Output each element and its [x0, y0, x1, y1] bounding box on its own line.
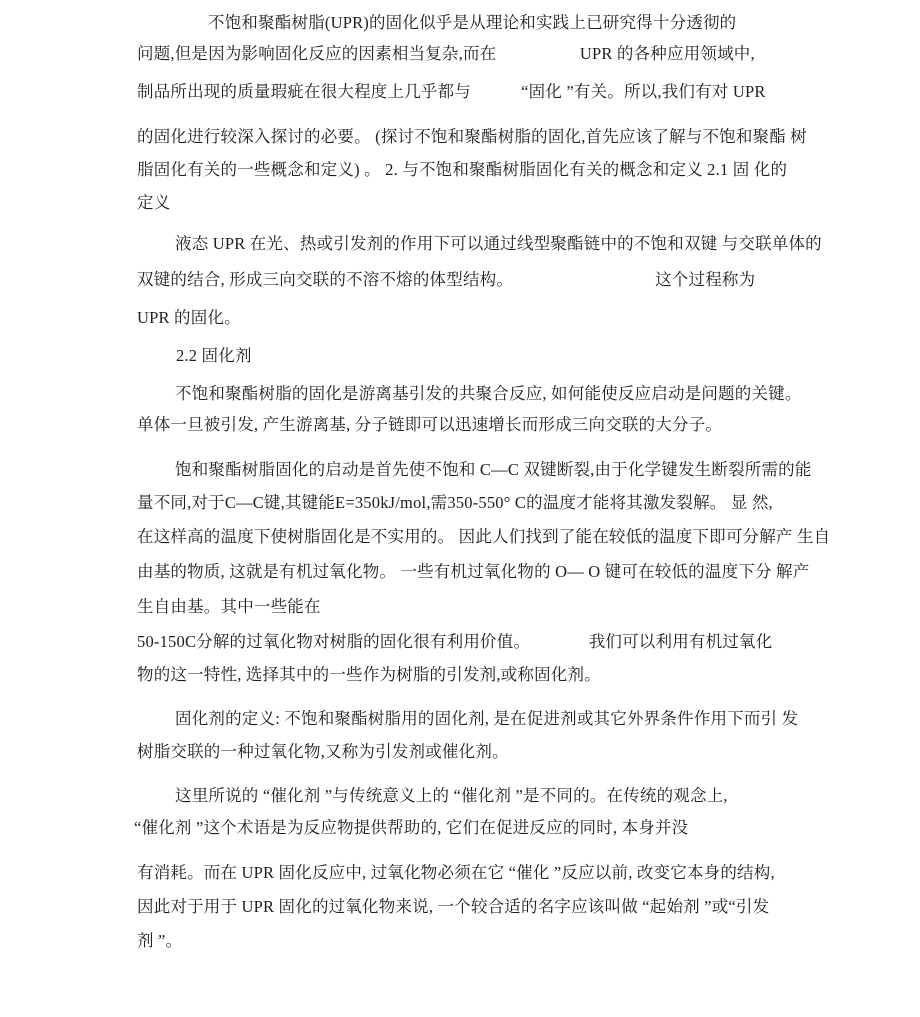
- text-line: 剂 ”。: [137, 930, 182, 951]
- text-line: 生自由基。其中一些能在: [137, 596, 321, 617]
- text-line: 树脂交联的一种过氧化物,又称为引发剂或催化剂。: [137, 741, 509, 762]
- text-line: 双键的结合, 形成三向交联的不溶不熔的体型结构。 这个过程称为: [137, 269, 755, 290]
- text-line: 固化剂的定义: 不饱和聚酯树脂用的固化剂, 是在促进剂或其它外界条件作用下而引 …: [175, 708, 798, 729]
- text-line: 在这样高的温度下使树脂固化是不实用的。 因此人们找到了能在较低的温度下即可分解产…: [137, 526, 830, 547]
- text-line: 不饱和聚酯树脂的固化是游离基引发的共聚合反应, 如何能使反应启动是问题的关键。: [175, 383, 802, 404]
- text-line: 不饱和聚酯树脂(UPR)的固化似乎是从理论和实践上已研究得十分透彻的: [208, 12, 736, 33]
- text-line: 50-150C分解的过氧化物对树脂的固化很有利用价值。 我们可以利用有机过氧化: [137, 631, 772, 652]
- text-line: 定义: [137, 192, 170, 213]
- text-line: 的固化进行较深入探讨的必要。 (探讨不饱和聚酯树脂的固化,首先应该了解与不饱和聚…: [137, 126, 807, 147]
- text-line: 因此对于用于 UPR 固化的过氧化物来说, 一个较合适的名字应该叫做 “起始剂 …: [137, 896, 769, 917]
- text-line: 由基的物质, 这就是有机过氧化物。 一些有机过氧化物的 O— O 键可在较低的温…: [137, 561, 809, 582]
- text-line: 量不同,对于C—C键,其键能E=350kJ/mol,需350-550° C的温度…: [137, 492, 773, 513]
- text-line: 物的这一特性, 选择其中的一些作为树脂的引发剂,或称固化剂。: [137, 664, 601, 685]
- text-line: 这里所说的 “催化剂 ”与传统意义上的 “催化剂 ”是不同的。在传统的观念上,: [175, 785, 728, 806]
- text-line: 单体一旦被引发, 产生游离基, 分子链即可以迅速增长而形成三向交联的大分子。: [137, 414, 722, 435]
- text-line: 问题,但是因为影响固化反应的因素相当复杂,而在 UPR 的各种应用领域中,: [137, 43, 755, 64]
- text-line: 饱和聚酯树脂固化的启动是首先使不饱和 C—C 双键断裂,由于化学键发生断裂所需的…: [175, 459, 812, 480]
- text-line: “催化剂 ”这个术语是为反应物提供帮助的, 它们在促进反应的同时, 本身并没: [134, 817, 688, 838]
- text-line: UPR 的固化。: [137, 307, 241, 328]
- text-line: 2.2 固化剂: [176, 345, 252, 366]
- text-line: 脂固化有关的一些概念和定义) 。 2. 与不饱和聚酯树脂固化有关的概念和定义 2…: [137, 159, 787, 180]
- document-page: 不饱和聚酯树脂(UPR)的固化似乎是从理论和实践上已研究得十分透彻的问题,但是因…: [0, 0, 920, 1017]
- text-line: 制品所出现的质量瑕疵在很大程度上几乎都与 “固化 ”有关。所以,我们有对 UPR: [137, 81, 766, 102]
- text-line: 有消耗。而在 UPR 固化反应中, 过氧化物必须在它 “催化 ”反应以前, 改变…: [137, 862, 775, 883]
- text-line: 液态 UPR 在光、热或引发剂的作用下可以通过线型聚酯链中的不饱和双键 与交联单…: [175, 233, 822, 254]
